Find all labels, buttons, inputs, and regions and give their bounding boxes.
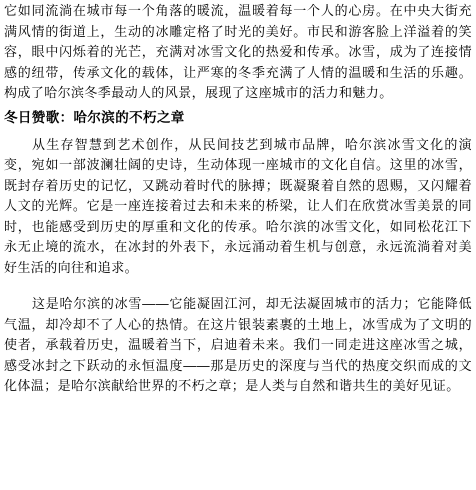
paragraph-body-1: 从生存智慧到艺术创作，从民间技艺到城市品牌，哈尔滨冰雪文化的演变，宛如一部波澜壮… (4, 135, 472, 279)
paragraph-body-2: 这是哈尔滨的冰雪——它能凝固江河，却无法凝固城市的活力；它能降低气温，却冷却不了… (4, 294, 472, 397)
document-page: 它如同流淌在城市每一个角落的暖流，温暖着每一个人的心房。在中央大街充满风情的街道… (0, 0, 476, 490)
section-heading: 冬日赞歌：哈尔滨的不朽之章 (4, 108, 472, 128)
paragraph-opening: 它如同流淌在城市每一个角落的暖流，温暖着每一个人的心房。在中央大街充满风情的街道… (4, 1, 472, 104)
